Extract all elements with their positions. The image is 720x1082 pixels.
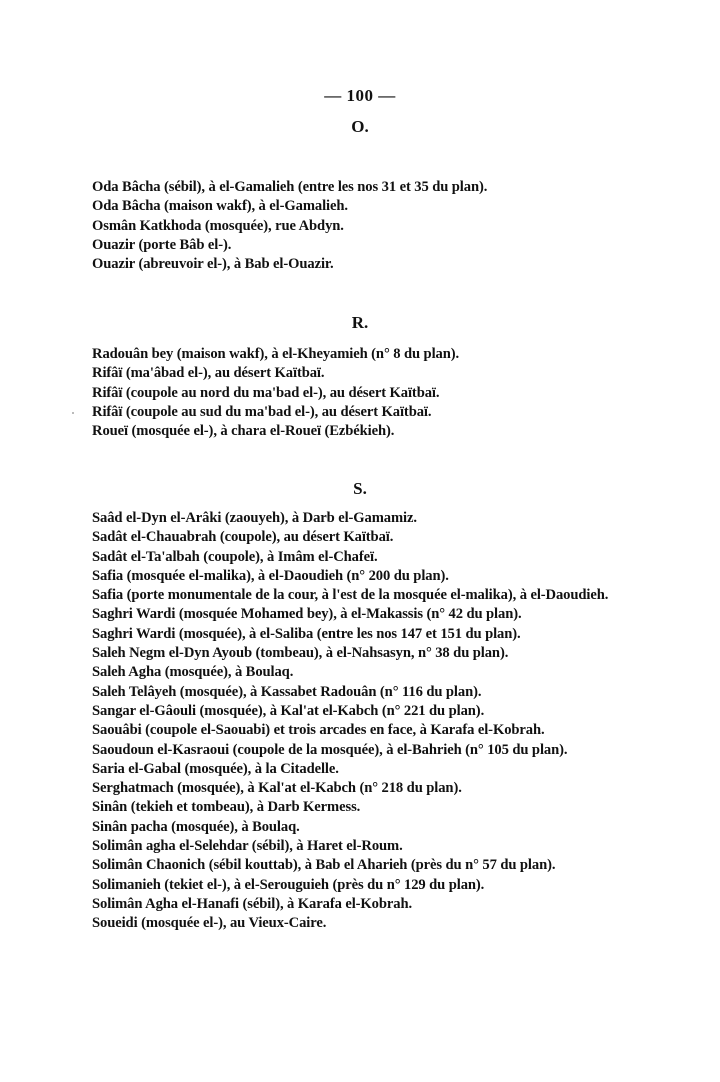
list-item: Rifâï (coupole au nord du ma'bad el-), a… bbox=[92, 384, 652, 403]
list-item: Saouâbi (coupole el-Saouabi) et trois ar… bbox=[92, 721, 652, 740]
list-item: Safia (porte monumentale de la cour, à l… bbox=[92, 586, 652, 605]
list-item: Roueï (mosquée el-), à chara el-Roueï (E… bbox=[92, 422, 652, 441]
list-item: Saleh Negm el-Dyn Ayoub (tombeau), à el-… bbox=[92, 644, 652, 663]
list-item: Solimân Chaonich (sébil kouttab), à Bab … bbox=[92, 856, 652, 875]
list-item: Soueidi (mosquée el-), au Vieux-Caire. bbox=[92, 914, 652, 933]
list-item: Saoudoun el-Kasraoui (coupole de la mosq… bbox=[92, 741, 652, 760]
list-item: Saâd el-Dyn el-Arâki (zaouyeh), à Darb e… bbox=[92, 509, 652, 528]
list-item: Ouazir (abreuvoir el-), à Bab el-Ouazir. bbox=[92, 255, 652, 274]
list-item: Solimân Agha el-Hanafi (sébil), à Karafa… bbox=[92, 895, 652, 914]
section-r-list: Radouân bey (maison wakf), à el-Kheyamie… bbox=[92, 345, 652, 441]
list-item: Sadât el-Chauabrah (coupole), au désert … bbox=[92, 528, 652, 547]
section-o-list: Oda Bâcha (sébil), à el-Gamalieh (entre … bbox=[92, 178, 652, 274]
section-heading-o: O. bbox=[0, 117, 720, 137]
list-item: Saleh Telâyeh (mosquée), à Kassabet Rado… bbox=[92, 683, 652, 702]
page-number: — 100 — bbox=[0, 86, 720, 106]
list-item: Solimanieh (tekiet el-), à el-Serouguieh… bbox=[92, 876, 652, 895]
list-item: Sinân pacha (mosquée), à Boulaq. bbox=[92, 818, 652, 837]
list-item: Sangar el-Gâouli (mosquée), à Kal'at el-… bbox=[92, 702, 652, 721]
list-item: Oda Bâcha (sébil), à el-Gamalieh (entre … bbox=[92, 178, 652, 197]
section-heading-r: R. bbox=[0, 313, 720, 333]
list-item: Saghri Wardi (mosquée Mohamed bey), à el… bbox=[92, 605, 652, 624]
list-item: Saleh Agha (mosquée), à Boulaq. bbox=[92, 663, 652, 682]
list-item: Rifâï (coupole au sud du ma'bad el-), au… bbox=[92, 403, 652, 422]
list-item: Oda Bâcha (maison wakf), à el-Gamalieh. bbox=[92, 197, 652, 216]
list-item: Saria el-Gabal (mosquée), à la Citadelle… bbox=[92, 760, 652, 779]
list-item: Sadât el-Ta'albah (coupole), à Imâm el-C… bbox=[92, 548, 652, 567]
list-item: Radouân bey (maison wakf), à el-Kheyamie… bbox=[92, 345, 652, 364]
list-item: Osmân Katkhoda (mosquée), rue Abdyn. bbox=[92, 217, 652, 236]
section-s-list: Saâd el-Dyn el-Arâki (zaouyeh), à Darb e… bbox=[92, 509, 652, 934]
margin-mark bbox=[72, 412, 74, 414]
list-item: Safia (mosquée el-malika), à el-Daoudieh… bbox=[92, 567, 652, 586]
list-item: Sinân (tekieh et tombeau), à Darb Kermes… bbox=[92, 798, 652, 817]
list-item: Rifâï (ma'âbad el-), au désert Kaïtbaï. bbox=[92, 364, 652, 383]
list-item: Saghri Wardi (mosquée), à el-Saliba (ent… bbox=[92, 625, 652, 644]
section-heading-s: S. bbox=[0, 479, 720, 499]
list-item: Solimân agha el-Selehdar (sébil), à Hare… bbox=[92, 837, 652, 856]
list-item: Ouazir (porte Bâb el-). bbox=[92, 236, 652, 255]
list-item: Serghatmach (mosquée), à Kal'at el-Kabch… bbox=[92, 779, 652, 798]
